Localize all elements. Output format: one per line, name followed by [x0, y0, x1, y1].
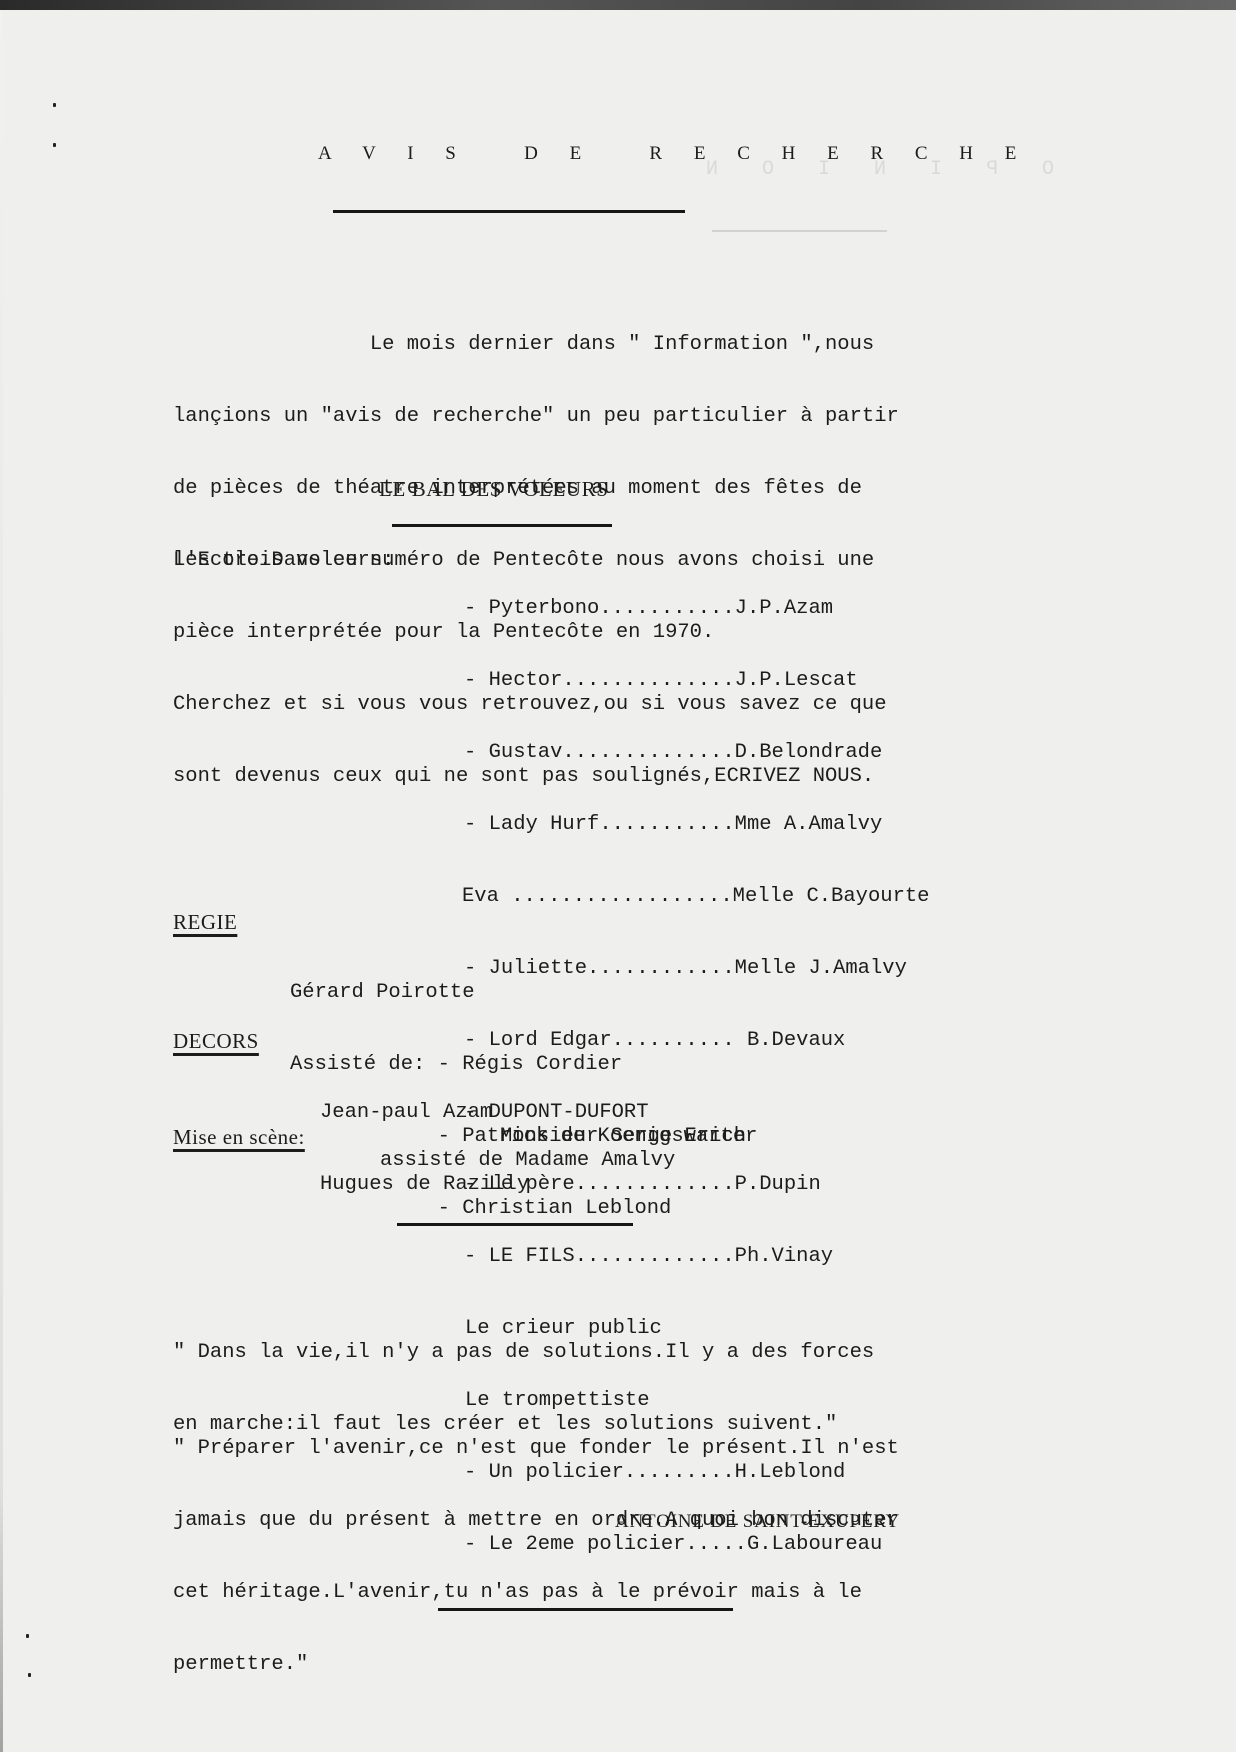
quote-author: ANTOINE DE SAINT-EXUPERY — [615, 1510, 900, 1534]
quote-line: cet héritage.L'avenir,tu n'as pas à le p… — [173, 1581, 899, 1605]
paper-speck — [28, 1673, 31, 1677]
intro-line: Le mois dernier dans " Information ",nou… — [173, 333, 899, 357]
regie-line: Gérard Poirotte — [290, 981, 757, 1005]
cast-row: Eva ..................Melle C.Bayourte — [462, 885, 929, 909]
title-rule — [333, 210, 685, 213]
regie-heading: REGIE — [173, 910, 237, 934]
cast-row: - Hector..............J.P.Lescat — [464, 669, 929, 693]
cast-row: - Pyterbono...........J.P.Azam — [464, 597, 929, 621]
decors-line: Hugues de Razilly — [320, 1173, 529, 1197]
quote-line: " Préparer l'avenir,ce n'est que fonder … — [173, 1437, 899, 1461]
director-name: Monsieur Serge Erich — [500, 1125, 746, 1149]
bleed-through-rule — [712, 230, 887, 232]
decors-credits: Jean-paul Azam Hugues de Razilly — [320, 1053, 529, 1221]
play-title: LE BAL DES VOLEURS — [379, 477, 609, 501]
cast-row: - Gustav..............D.Belondrade — [464, 741, 929, 765]
play-title-rule — [392, 524, 612, 527]
page-title: A V I S D E R E C H E R C H E — [318, 142, 1030, 166]
decors-heading: DECORS — [173, 1029, 259, 1053]
paper-speck — [53, 143, 56, 147]
scan-edge-top — [0, 0, 1236, 10]
closing-rule — [438, 1608, 733, 1611]
intro-line: lançions un "avis de recherche" un peu p… — [173, 405, 899, 429]
section-rule — [397, 1223, 633, 1226]
assistant-name: assisté de Madame Amalvy — [380, 1149, 675, 1173]
scan-edge-left — [0, 10, 3, 1752]
mise-en-scene-heading: Mise en scène: — [173, 1125, 305, 1149]
cast-row: - Lady Hurf...........Mme A.Amalvy — [464, 813, 929, 837]
cast-label: Les trois voleurs: — [173, 549, 394, 573]
decors-line: Jean-paul Azam — [320, 1101, 529, 1125]
quote-line: " Dans la vie,il n'y a pas de solutions.… — [173, 1341, 874, 1365]
quote-line: permettre." — [173, 1653, 899, 1677]
quote-2: " Préparer l'avenir,ce n'est que fonder … — [173, 1389, 899, 1701]
paper-speck — [53, 103, 56, 107]
cast-row: - LE FILS.............Ph.Vinay — [464, 1245, 929, 1269]
paper-speck — [26, 1634, 29, 1638]
